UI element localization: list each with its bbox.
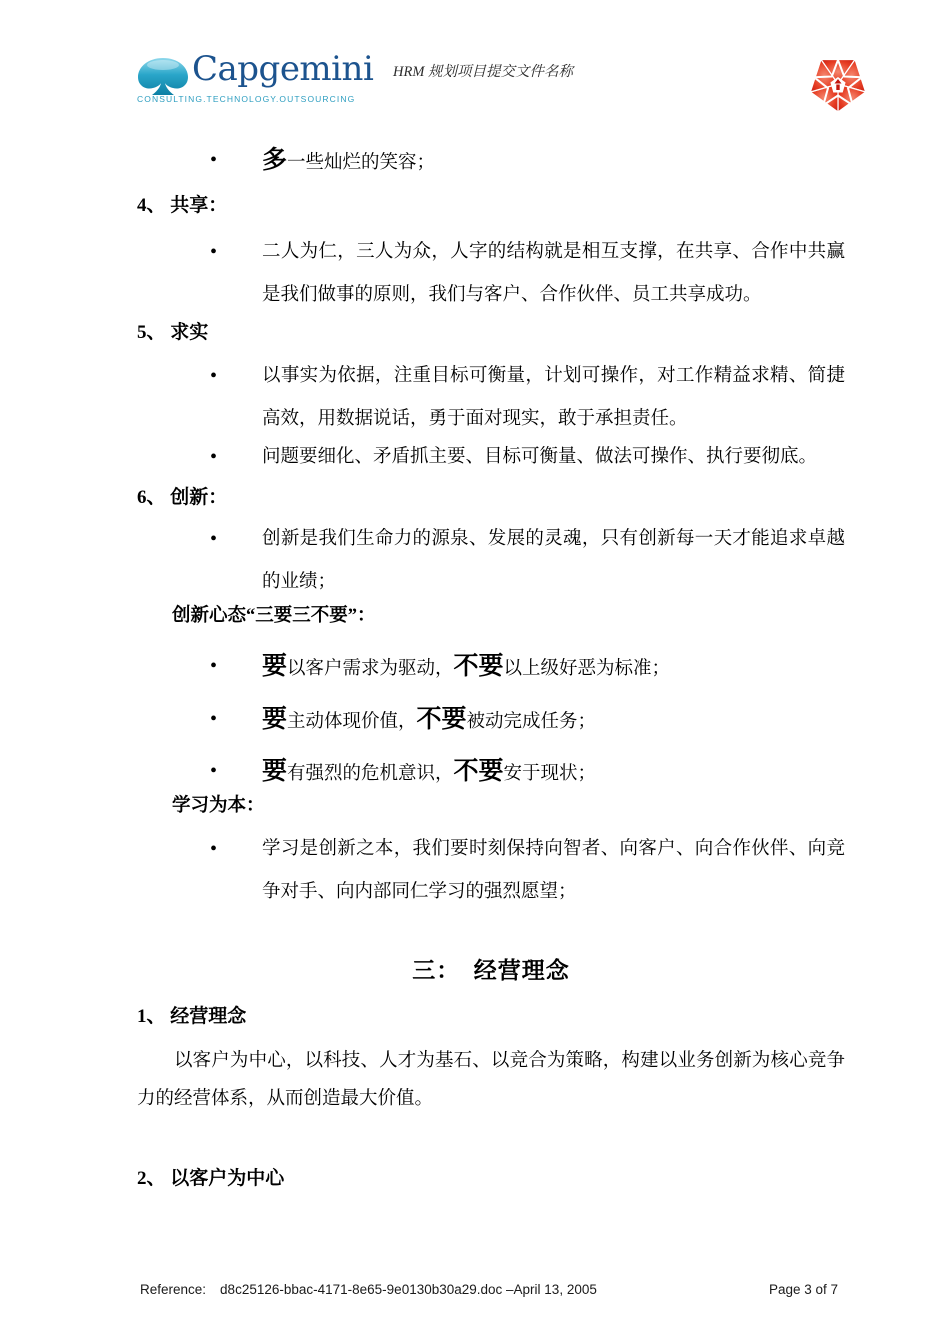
section-title: 三： 经营理念 <box>137 952 845 985</box>
bullet-text: 创新是我们生命力的源泉、发展的灵魂，只有创新每一天才能追求卓越的业绩； <box>262 518 845 604</box>
subheading-learning: 学习为本： <box>172 793 265 819</box>
bullet-innovation: • 创新是我们生命力的源泉、发展的灵魂，只有创新每一天才能追求卓越的业绩； <box>210 518 850 604</box>
bullet-truth-1: • 以事实为依据，注重目标可衡量，计划可操作，对工作精益求精、简捷高效，用数据说… <box>210 355 850 441</box>
bullet-text: 一些灿烂的笑容； <box>287 153 435 173</box>
bullet-dot: • <box>210 645 217 688</box>
emphasis-no: 不要 <box>454 653 504 680</box>
heading-innovation: 6、 创新： <box>137 485 227 511</box>
bullet-smile: • 多一些灿烂的笑容； <box>210 139 850 185</box>
bullet-rule-2: • 要主动体现价值，不要被动完成任务； <box>210 698 850 744</box>
bullet-dot: • <box>210 231 217 274</box>
paragraph-philosophy: 以客户为中心，以科技、人才为基石、以竞合为策略，构建以业务创新为核心竞争力的经营… <box>137 1042 845 1118</box>
emphasis-no: 不要 <box>417 706 467 733</box>
rule-text: 以上级好恶为标准； <box>504 659 671 679</box>
bullet-rule-3: • 要有强烈的危机意识，不要安于现状； <box>210 750 850 796</box>
spade-icon <box>136 57 190 97</box>
emphasis-char: 多 <box>262 147 287 174</box>
rule-text: 安于现状； <box>504 764 597 784</box>
bullet-rule-1: • 要以客户需求为驱动，不要以上级好恶为标准； <box>210 645 850 691</box>
page-number: Page 3 of 7 <box>769 1281 838 1299</box>
reference-label: Reference: <box>140 1282 206 1297</box>
bullet-dot: • <box>210 139 217 182</box>
document-page: Capgemini CONSULTING.TECHNOLOGY.OUTSOURC… <box>0 0 950 1344</box>
bullet-dot: • <box>210 698 217 741</box>
bullet-text: 以事实为依据，注重目标可衡量，计划可操作，对工作精益求精、简捷高效，用数据说话，… <box>262 355 845 441</box>
heading-customer: 2、 以客户为中心 <box>137 1166 284 1192</box>
brand-name: Capgemini <box>192 49 373 89</box>
reference-value: d8c25126-bbac-4171-8e65-9e0130b30a29.doc… <box>220 1282 597 1297</box>
subheading-mindset: 创新心态“三要三不要”： <box>172 603 376 629</box>
heading-share: 4、 共享： <box>137 193 227 219</box>
bullet-text: 问题要细化、矛盾抓主要、目标可衡量、做法可操作、执行要彻底。 <box>262 436 845 479</box>
heading-philosophy: 1、 经营理念 <box>137 1004 246 1030</box>
rule-text: 以客户需求为驱动， <box>287 659 454 679</box>
emphasis-no: 不要 <box>454 758 504 785</box>
bullet-dot: • <box>210 355 217 398</box>
bullet-dot: • <box>210 518 217 561</box>
emphasis-yes: 要 <box>262 653 287 680</box>
bullet-dot: • <box>210 828 217 871</box>
emphasis-yes: 要 <box>262 758 287 785</box>
rule-text: 有强烈的危机意识， <box>287 764 454 784</box>
bullet-learning: • 学习是创新之本，我们要时刻保持向智者、向客户、向合作伙伴、向竞争对手、向内部… <box>210 828 850 914</box>
brand-tagline: CONSULTING.TECHNOLOGY.OUTSOURCING <box>137 94 355 104</box>
bullet-text: 学习是创新之本，我们要时刻保持向智者、向客户、向合作伙伴、向竞争对手、向内部同仁… <box>262 828 845 914</box>
red-star-pentagon-icon <box>810 53 866 114</box>
heading-truth: 5、 求实 <box>137 320 208 346</box>
bullet-dot: • <box>210 436 217 479</box>
reference: Reference:d8c25126-bbac-4171-8e65-9e0130… <box>140 1281 597 1299</box>
rule-text: 主动体现价值， <box>287 712 417 732</box>
bullet-share: • 二人为仁，三人为众，人字的结构就是相互支撑，在共享、合作中共赢是我们做事的原… <box>210 231 850 317</box>
rule-text: 被动完成任务； <box>467 712 597 732</box>
header-doc-title: HRM 规划项目提交文件名称 <box>393 60 573 81</box>
page-footer: Reference:d8c25126-bbac-4171-8e65-9e0130… <box>140 1281 838 1299</box>
bullet-truth-2: • 问题要细化、矛盾抓主要、目标可衡量、做法可操作、执行要彻底。 <box>210 436 850 479</box>
capgemini-logo: Capgemini CONSULTING.TECHNOLOGY.OUTSOURC… <box>136 55 396 105</box>
bullet-dot: • <box>210 750 217 793</box>
bullet-text: 二人为仁，三人为众，人字的结构就是相互支撑，在共享、合作中共赢是我们做事的原则，… <box>262 231 845 317</box>
emphasis-yes: 要 <box>262 706 287 733</box>
